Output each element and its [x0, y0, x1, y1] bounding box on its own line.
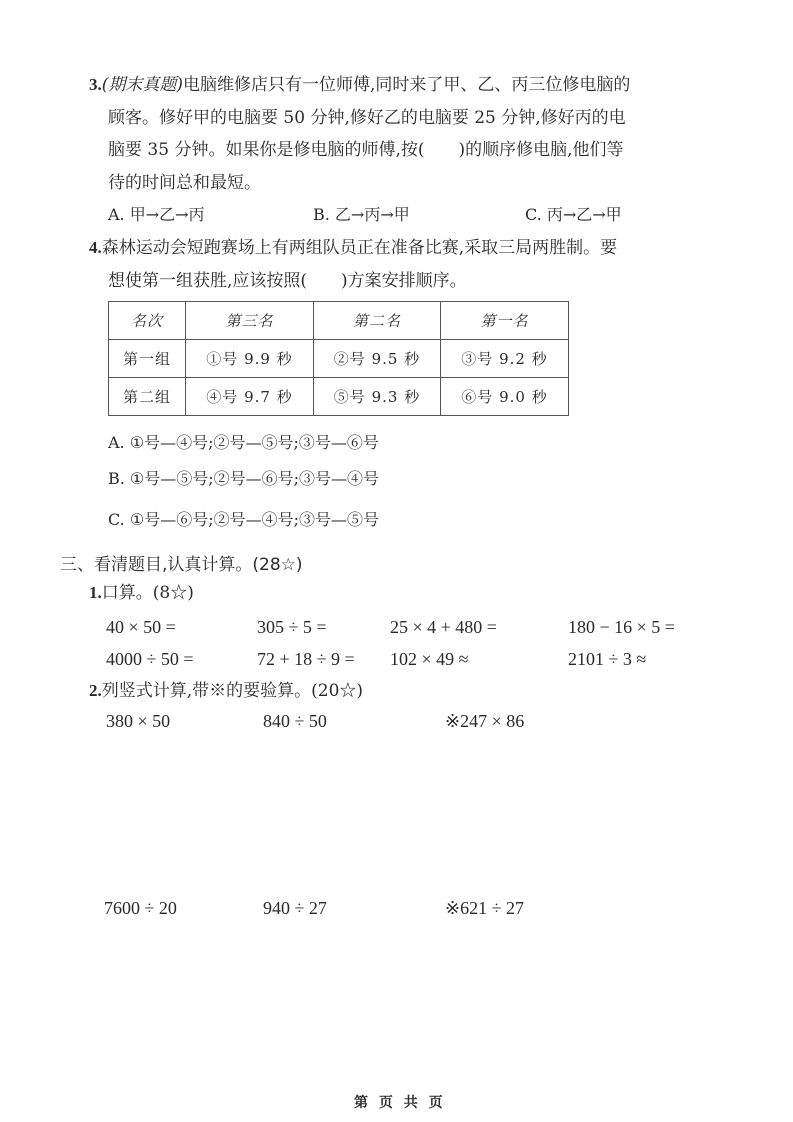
vertical-calc-item: 7600 ÷ 20 — [104, 898, 177, 919]
question-4: 4.森林运动会短跑赛场上有两组队员正在准备比赛,采取三局两胜制。要 想使第一组获… — [89, 232, 729, 297]
vertical-calc-item: 380 × 50 — [106, 711, 170, 732]
subquestion-number: 1 — [89, 583, 98, 602]
q4-option-b: B. ①号—⑤号;②号—⑥号;③号—④号 — [108, 466, 379, 489]
table-header: 第三名 — [186, 302, 314, 340]
question-3-line-3: 脑要 35 分钟。如果你是修电脑的师傅,按( )的顺序修电脑,他们等 — [89, 134, 729, 167]
question-number: 3 — [89, 75, 98, 94]
vertical-calc-item: 840 ÷ 50 — [263, 711, 327, 732]
subquestion-text: 列竖式计算,带※的要验算。(20☆) — [102, 681, 363, 701]
table-header: 第一名 — [441, 302, 569, 340]
table-cell: ④号 9.7 秒 — [186, 378, 314, 416]
question-text: 森林运动会短跑赛场上有两组队员正在准备比赛,采取三局两胜制。要 — [102, 238, 617, 258]
table-cell: ③号 9.2 秒 — [441, 340, 569, 378]
table-row: 第一组 ①号 9.9 秒 ②号 9.5 秒 ③号 9.2 秒 — [109, 340, 569, 378]
table-cell: 第一组 — [109, 340, 186, 378]
vertical-calc-item: ※247 × 86 — [445, 711, 524, 732]
page-footer: 第 页 共 页 — [354, 1092, 446, 1112]
q4-option-a: A. ①号—④号;②号—⑤号;③号—⑥号 — [108, 430, 379, 453]
q3-option-c: C. 丙→乙→甲 — [525, 202, 622, 225]
subquestion-text: 口算。(8☆) — [102, 583, 194, 603]
subquestion-number: 2 — [89, 681, 98, 700]
oral-calc-item: 305 ÷ 5 = — [257, 617, 327, 638]
oral-calc-item: 40 × 50 = — [106, 617, 176, 638]
question-text: 电脑维修店只有一位师傅,同时来了甲、乙、丙三位修电脑的 — [183, 75, 630, 95]
section-3-title: 三、看清题目,认真计算。(28☆) — [60, 550, 303, 575]
table-cell: ①号 9.9 秒 — [186, 340, 314, 378]
oral-calc-item: 180 − 16 × 5 = — [568, 617, 675, 638]
q3-option-b: B. 乙→丙→甲 — [313, 202, 410, 225]
q3-option-a: A. 甲→乙→丙 — [108, 202, 205, 225]
vertical-calc-item: 940 ÷ 27 — [263, 898, 327, 919]
table-cell: ⑤号 9.3 秒 — [314, 378, 441, 416]
vertical-calc-item: ※621 ÷ 27 — [445, 898, 524, 919]
table-header: 名次 — [109, 302, 186, 340]
question-3-line-4: 待的时间总和最短。 — [89, 167, 729, 200]
question-3-line-1: 3.(期末真题)电脑维修店只有一位师傅,同时来了甲、乙、丙三位修电脑的 — [89, 69, 729, 102]
table-cell: 第二组 — [109, 378, 186, 416]
subquestion-1-title: 1.口算。(8☆) — [89, 577, 194, 609]
oral-calc-item: 25 × 4 + 480 = — [390, 617, 497, 638]
ranking-table: 名次 第三名 第二名 第一名 第一组 ①号 9.9 秒 ②号 9.5 秒 ③号 … — [108, 301, 569, 416]
question-3-line-2: 顾客。修好甲的电脑要 50 分钟,修好乙的电脑要 25 分钟,修好丙的电 — [89, 102, 729, 135]
subquestion-2-title: 2.列竖式计算,带※的要验算。(20☆) — [89, 675, 363, 707]
table-header: 第二名 — [314, 302, 441, 340]
question-4-line-2: 想使第一组获胜,应该按照( )方案安排顺序。 — [89, 265, 729, 298]
table-cell: ⑥号 9.0 秒 — [441, 378, 569, 416]
question-number: 4 — [89, 238, 98, 257]
question-3: 3.(期末真题)电脑维修店只有一位师傅,同时来了甲、乙、丙三位修电脑的 顾客。修… — [89, 69, 729, 199]
table-cell: ②号 9.5 秒 — [314, 340, 441, 378]
table-header-row: 名次 第三名 第二名 第一名 — [109, 302, 569, 340]
oral-calc-item: 72 + 18 ÷ 9 = — [257, 649, 355, 670]
oral-calc-item: 4000 ÷ 50 = — [106, 649, 194, 670]
table-row: 第二组 ④号 9.7 秒 ⑤号 9.3 秒 ⑥号 9.0 秒 — [109, 378, 569, 416]
question-4-line-1: 4.森林运动会短跑赛场上有两组队员正在准备比赛,采取三局两胜制。要 — [89, 232, 729, 265]
oral-calc-item: 2101 ÷ 3 ≈ — [568, 649, 646, 670]
q4-option-c: C. ①号—⑥号;②号—④号;③号—⑤号 — [108, 507, 379, 530]
oral-calc-item: 102 × 49 ≈ — [390, 649, 469, 670]
exam-tag: (期末真题) — [102, 75, 183, 95]
